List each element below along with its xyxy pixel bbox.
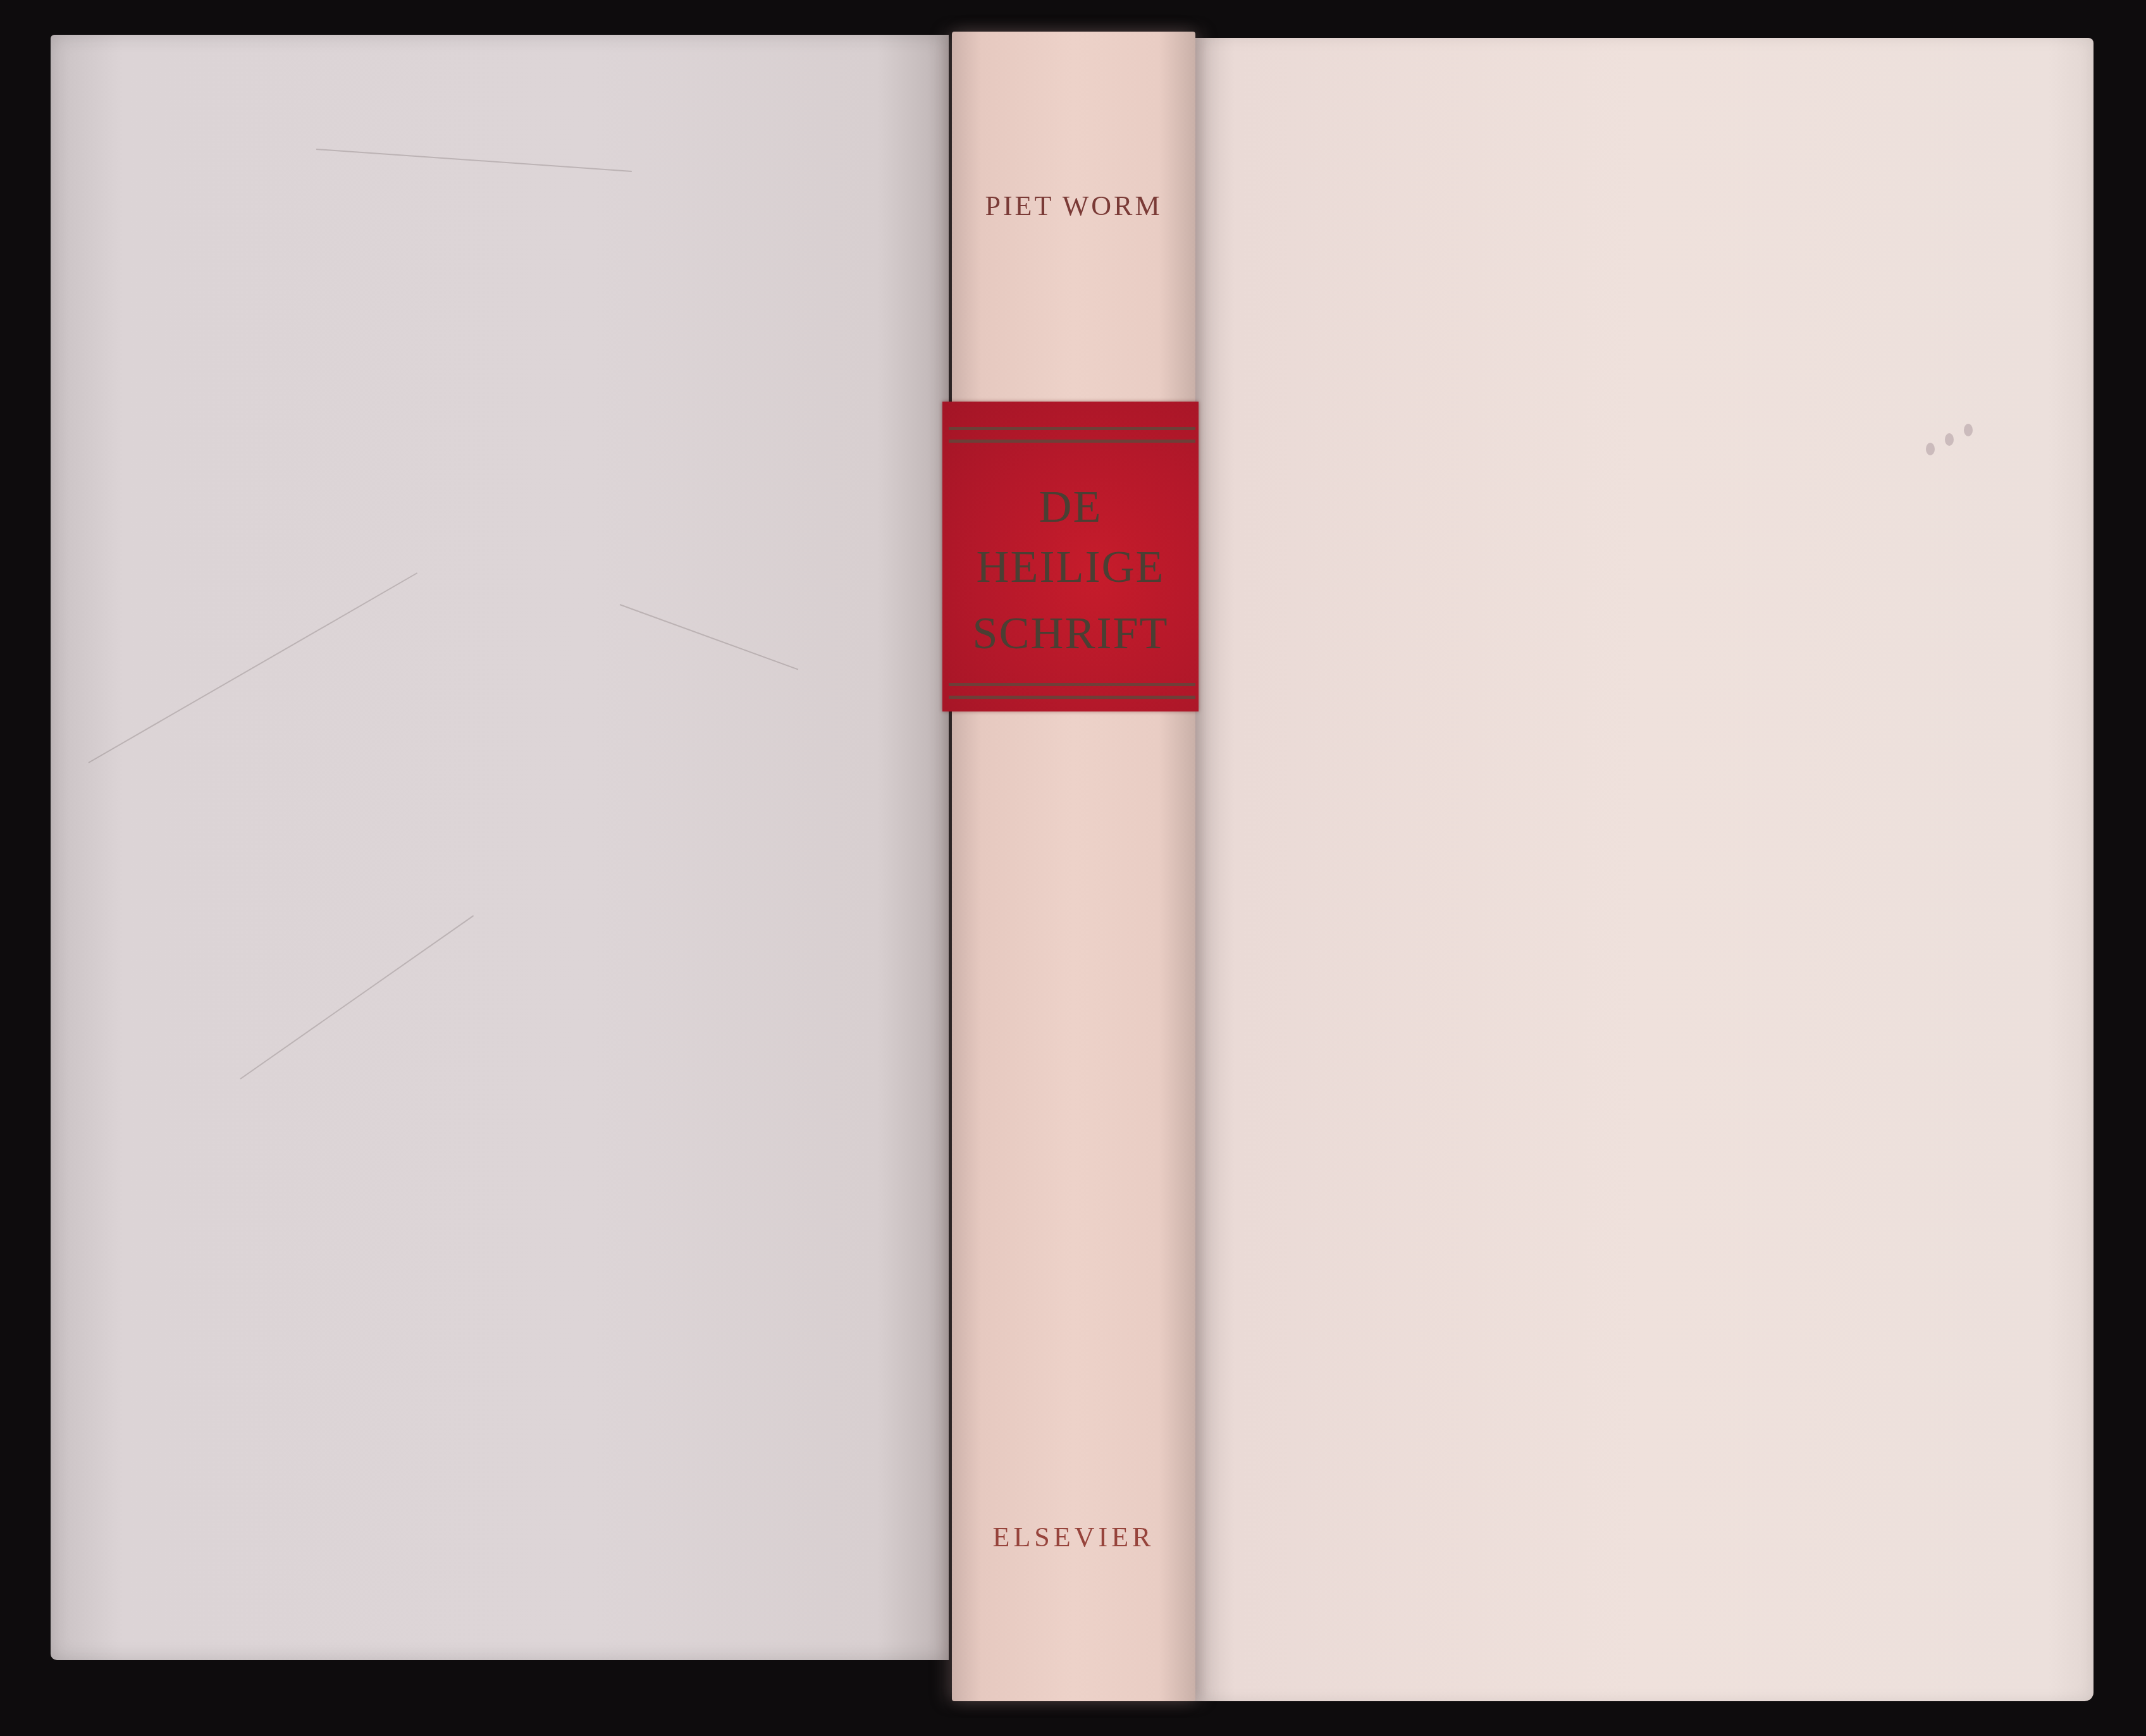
scratch bbox=[89, 572, 418, 763]
label-rule bbox=[949, 440, 1195, 443]
stain-spot bbox=[1945, 433, 1954, 446]
back-cover bbox=[51, 35, 949, 1660]
book-photo: PIET WORM DE HEILIGE SCHRIFT ELSEVIER bbox=[0, 0, 2146, 1736]
stain-spot bbox=[1964, 424, 1973, 436]
spine-publisher: ELSEVIER bbox=[952, 1521, 1195, 1553]
scratch bbox=[240, 915, 474, 1080]
label-rule bbox=[949, 696, 1195, 699]
book-spine: PIET WORM DE HEILIGE SCHRIFT ELSEVIER bbox=[952, 32, 1195, 1701]
scratch bbox=[316, 149, 632, 172]
title-line-2: HEILIGE bbox=[942, 544, 1199, 589]
spine-author: PIET WORM bbox=[952, 190, 1195, 222]
title-line-3: SCHRIFT bbox=[942, 610, 1199, 656]
spine-title-label: DE HEILIGE SCHRIFT bbox=[942, 402, 1199, 711]
stain-spot bbox=[1926, 443, 1935, 455]
title-line-1: DE bbox=[942, 484, 1199, 529]
scratch bbox=[620, 604, 799, 670]
label-rule bbox=[949, 427, 1195, 430]
front-cover bbox=[1189, 38, 2094, 1701]
label-rule bbox=[949, 683, 1195, 686]
